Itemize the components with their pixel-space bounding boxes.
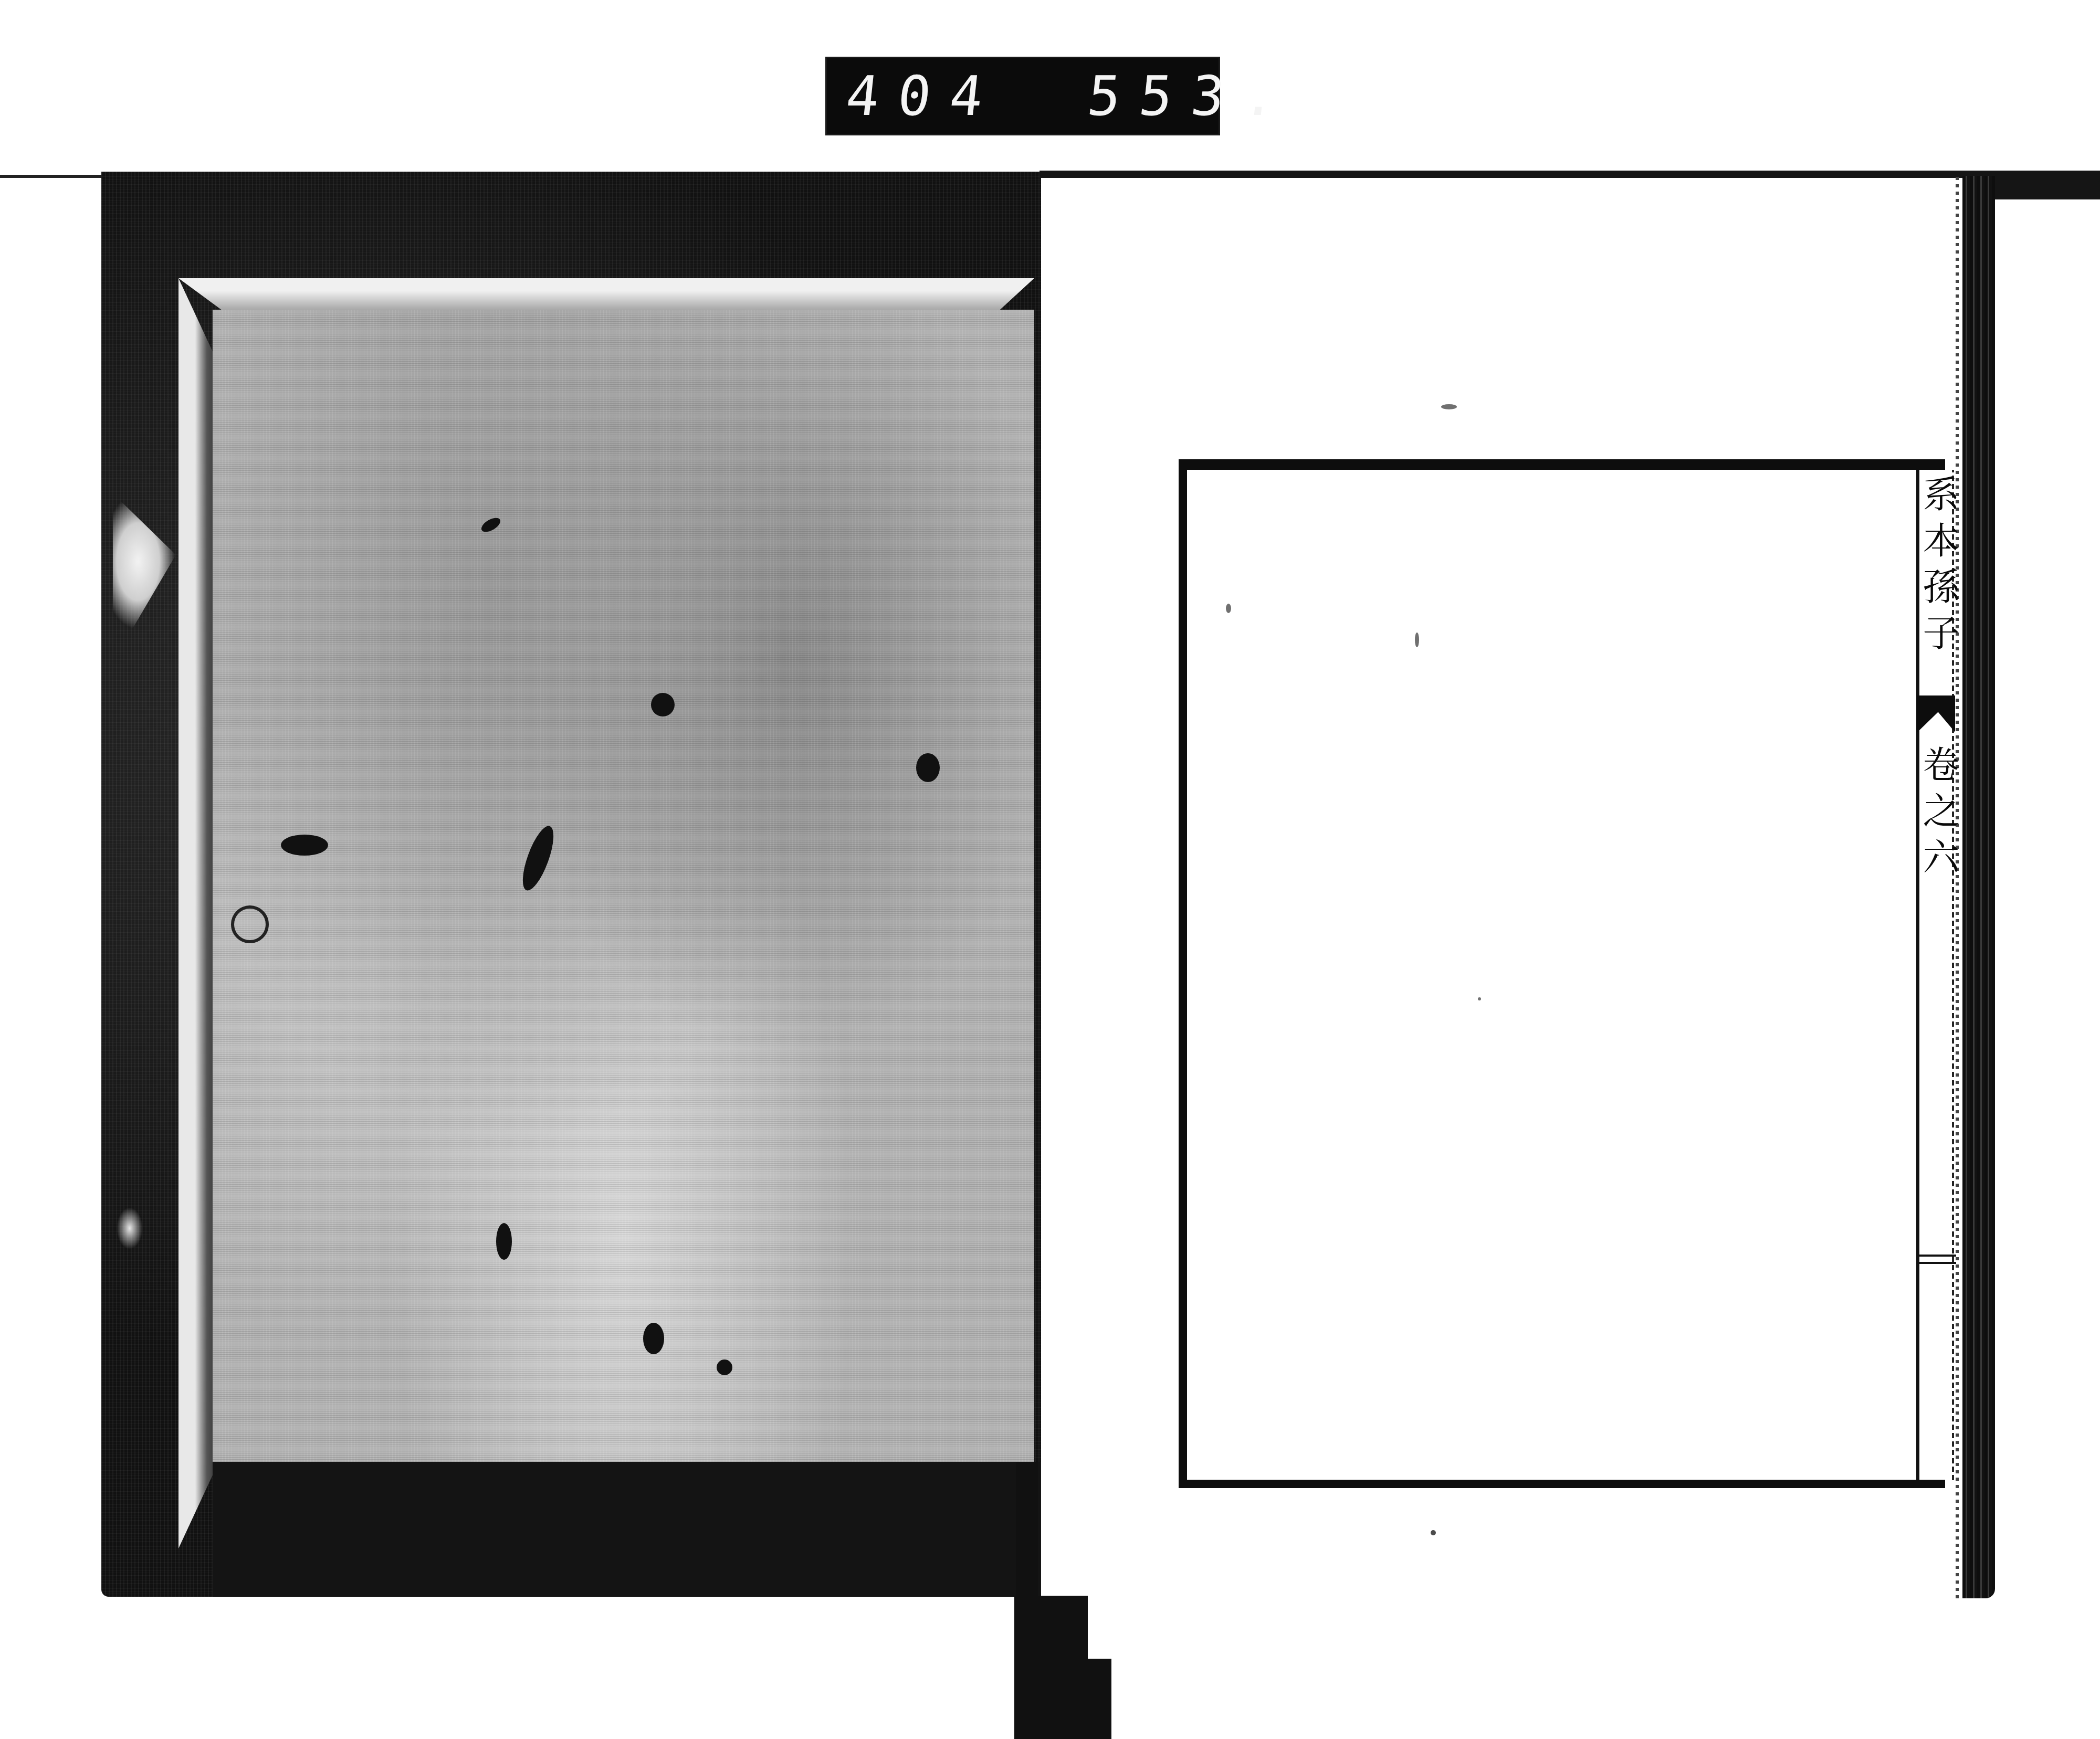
stain — [916, 753, 940, 782]
margin-book-title: 系本孫子 — [1923, 475, 1954, 660]
frame-counter-label: 404 553. — [825, 57, 1220, 135]
margin-volume-label: 卷之六 — [1923, 745, 1954, 884]
stain — [651, 693, 675, 716]
cover-light-patch-small — [117, 1207, 143, 1249]
gutter-shadow — [1088, 1659, 1111, 1739]
frame-number: 553. — [1085, 64, 1298, 128]
stain — [717, 1359, 732, 1375]
page-top-edge — [1990, 173, 2100, 199]
page-edge-line — [1956, 176, 1959, 1598]
speck — [1478, 997, 1481, 1000]
cover-top-fold — [178, 278, 1034, 310]
cover-bottom-edge — [213, 1462, 1041, 1597]
stain — [643, 1323, 664, 1354]
page-block-edges — [1962, 176, 1995, 1598]
lower-ruling-mark — [1919, 1255, 1956, 1264]
reel-number: 404 — [843, 64, 1005, 128]
cover-paper-panel — [213, 310, 1034, 1462]
page-top-edge — [1039, 171, 2100, 178]
stain — [281, 835, 328, 856]
gutter-shadow — [1016, 1462, 1038, 1614]
speck — [1441, 404, 1457, 409]
speck — [1226, 604, 1231, 613]
printed-frame — [1179, 459, 1945, 1488]
speck — [1431, 1530, 1436, 1535]
speck — [1415, 633, 1419, 647]
paper-texture — [213, 310, 1034, 1462]
frame-counter-digits: 404 553. — [822, 62, 1224, 130]
gutter-shadow — [1014, 1596, 1088, 1739]
stain — [231, 905, 269, 943]
stain — [496, 1223, 512, 1260]
